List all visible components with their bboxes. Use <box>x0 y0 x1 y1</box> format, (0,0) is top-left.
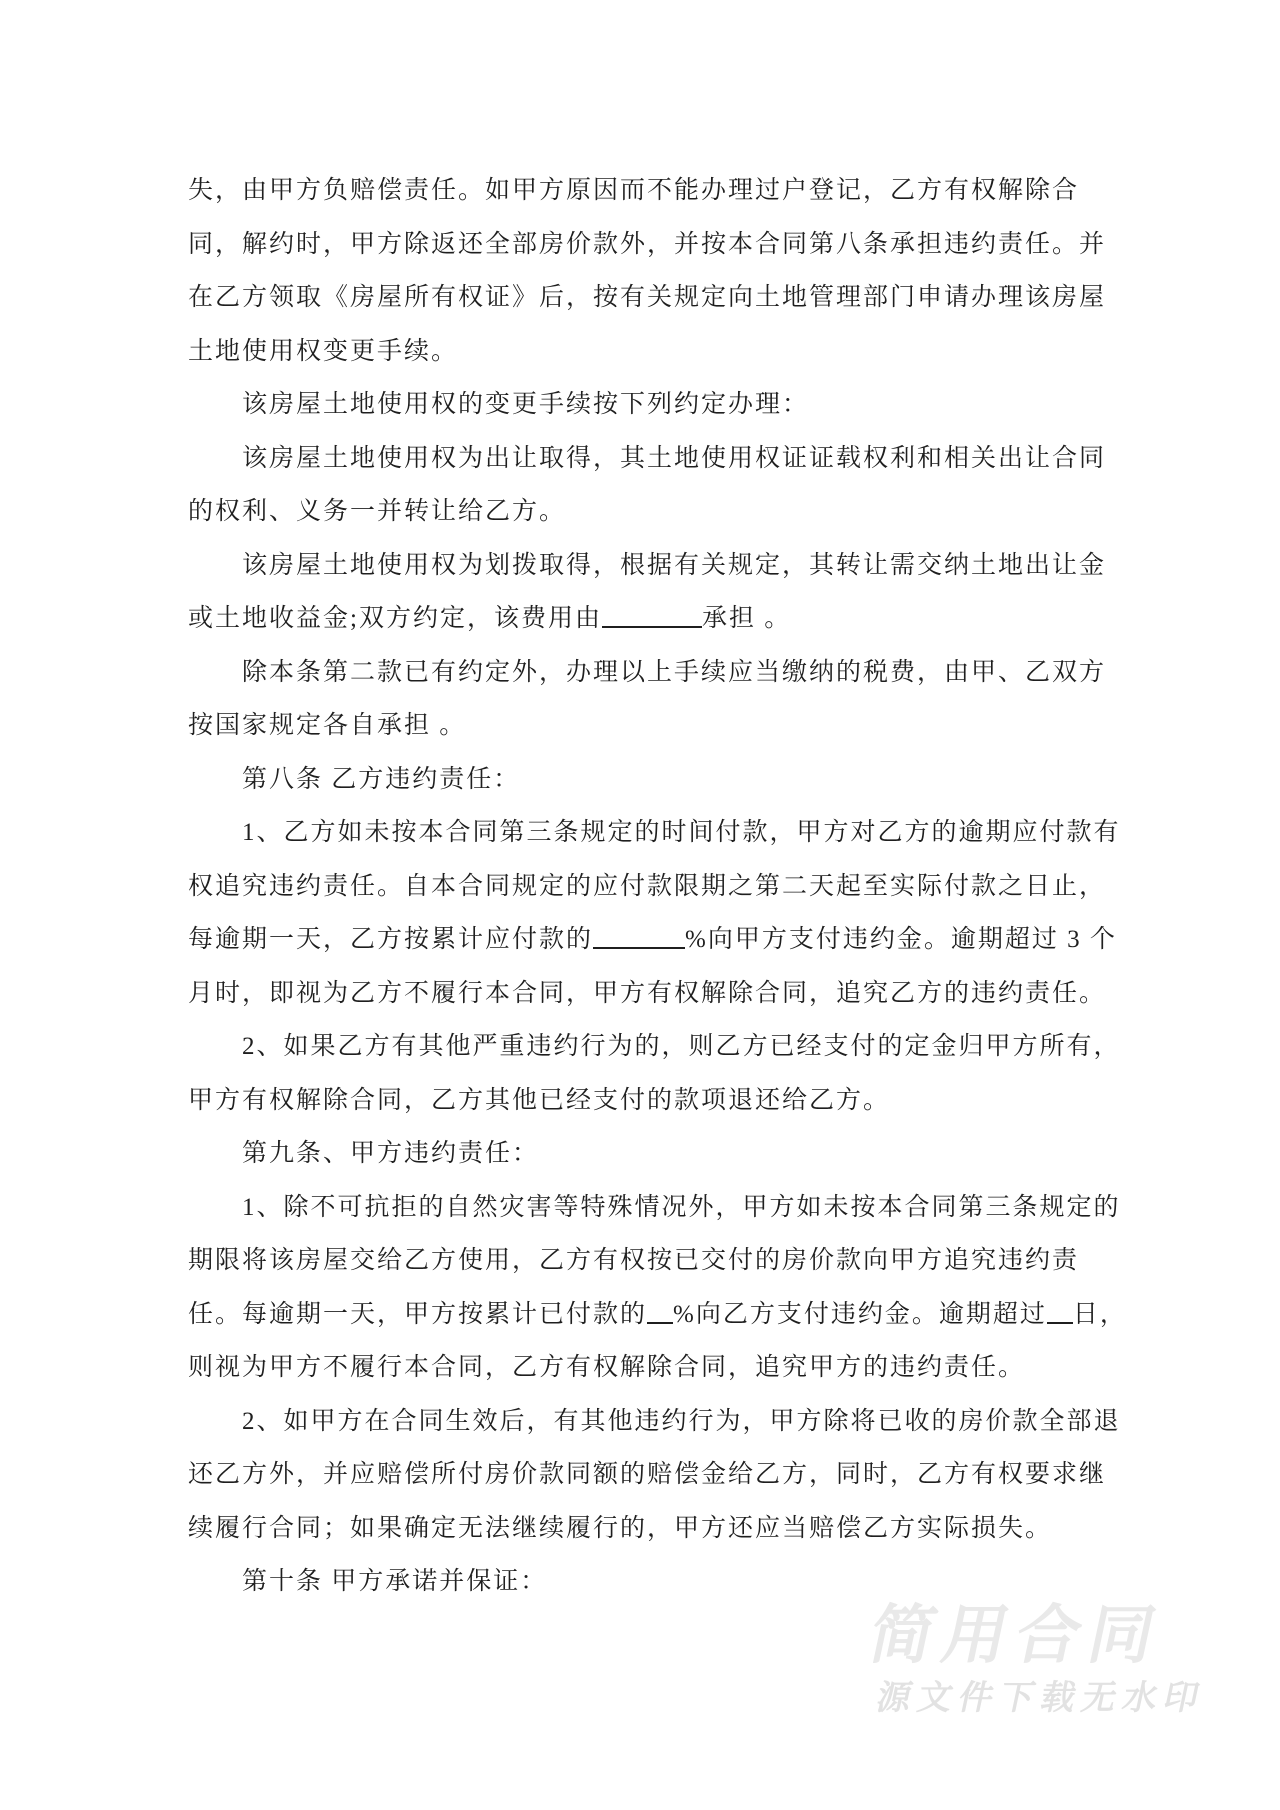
text-run: 则视为甲方不履行本合同，乙方有权解除合同，追究甲方的违约责任。 <box>188 1354 1025 1381</box>
document-body: 失，由甲方负赔偿责任。如甲方原因而不能办理过户登记，乙方有权解除合同，解约时，甲… <box>188 164 1148 1609</box>
text-run: 续履行合同；如果确定无法继续履行的，甲方还应当赔偿乙方实际损失。 <box>188 1515 1052 1542</box>
document-line: 同，解约时，甲方除返还全部房价款外，并按本合同第八条承担违约责任。并 <box>188 218 1148 272</box>
text-run: 在乙方领取《房屋所有权证》后，按有关规定向土地管理部门申请办理该房屋 <box>188 284 1106 311</box>
document-line: 则视为甲方不履行本合同，乙方有权解除合同，追究甲方的违约责任。 <box>188 1341 1148 1395</box>
text-run: 承担 。 <box>702 605 791 632</box>
text-run: 1、除不可抗拒的自然灾害等特殊情况外，甲方如未按本合同第三条规定的 <box>242 1194 1121 1221</box>
document-line: 权追究违约责任。自本合同规定的应付款限期之第二天起至实际付款之日止， <box>188 860 1148 914</box>
text-run: 失，由甲方负赔偿责任。如甲方原因而不能办理过户登记，乙方有权解除合 <box>188 177 1079 204</box>
blank-underline <box>602 606 702 628</box>
document-line: 甲方有权解除合同，乙方其他已经支付的款项退还给乙方。 <box>188 1074 1148 1128</box>
document-line: 失，由甲方负赔偿责任。如甲方原因而不能办理过户登记，乙方有权解除合 <box>188 164 1148 218</box>
text-run: 该房屋土地使用权的变更手续按下列约定办理： <box>242 391 809 418</box>
blank-underline <box>593 927 685 949</box>
document-line: 的权利、义务一并转让给乙方。 <box>188 485 1148 539</box>
text-run: 月时，即视为乙方不履行本合同，甲方有权解除合同，追究乙方的违约责任。 <box>188 980 1106 1007</box>
document-line: 除本条第二款已有约定外，办理以上手续应当缴纳的税费，由甲、乙双方 <box>188 646 1148 700</box>
document-line: 该房屋土地使用权为出让取得，其土地使用权证证载权利和相关出让合同 <box>188 432 1148 486</box>
text-run: 土地使用权变更手续。 <box>188 338 458 365</box>
text-run: 还乙方外，并应赔偿所付房价款同额的赔偿金给乙方，同时，乙方有权要求继 <box>188 1461 1106 1488</box>
contract-page: 失，由甲方负赔偿责任。如甲方原因而不能办理过户登记，乙方有权解除合同，解约时，甲… <box>0 0 1280 1810</box>
text-run: 1、乙方如未按本合同第三条规定的时间付款，甲方对乙方的逾期应付款有 <box>242 819 1121 846</box>
text-run: 除本条第二款已有约定外，办理以上手续应当缴纳的税费，由甲、乙双方 <box>242 659 1106 686</box>
text-run: 按国家规定各自承担 。 <box>188 712 466 739</box>
text-run: 同，解约时，甲方除返还全部房价款外，并按本合同第八条承担违约责任。并 <box>188 231 1106 258</box>
text-run: 任。每逾期一天，甲方按累计已付款的 <box>188 1301 647 1328</box>
document-line: 在乙方领取《房屋所有权证》后，按有关规定向土地管理部门申请办理该房屋 <box>188 271 1148 325</box>
document-line: 第九条、甲方违约责任： <box>188 1127 1148 1181</box>
text-run: 或土地收益金;双方约定，该费用由 <box>188 605 602 632</box>
text-run: 每逾期一天，乙方按累计应付款的 <box>188 926 593 953</box>
text-run: %向乙方支付违约金。逾期超过 <box>673 1301 1047 1328</box>
text-run: 权追究违约责任。自本合同规定的应付款限期之第二天起至实际付款之日止， <box>188 873 1106 900</box>
text-run: 期限将该房屋交给乙方使用，乙方有权按已交付的房价款向甲方追究违约责 <box>188 1247 1079 1274</box>
document-line: 每逾期一天，乙方按累计应付款的%向甲方支付违约金。逾期超过 3 个 <box>188 913 1148 967</box>
document-line: 任。每逾期一天，甲方按累计已付款的%向乙方支付违约金。逾期超过日， <box>188 1288 1148 1342</box>
blank-underline <box>647 1302 673 1324</box>
text-run: 2、如甲方在合同生效后，有其他违约行为，甲方除将已收的房价款全部退 <box>242 1408 1121 1435</box>
text-run: 第十条 甲方承诺并保证： <box>242 1568 547 1595</box>
document-line: 还乙方外，并应赔偿所付房价款同额的赔偿金给乙方，同时，乙方有权要求继 <box>188 1448 1148 1502</box>
watermark-tagline: 源文件下载无水印 <box>873 1670 1211 1719</box>
text-run: 日， <box>1073 1301 1127 1328</box>
text-run: 该房屋土地使用权为划拨取得，根据有关规定，其转让需交纳土地出让金 <box>242 552 1106 579</box>
document-line: 该房屋土地使用权的变更手续按下列约定办理： <box>188 378 1148 432</box>
text-run: 该房屋土地使用权为出让取得，其土地使用权证证载权利和相关出让合同 <box>242 445 1106 472</box>
document-line: 1、除不可抗拒的自然灾害等特殊情况外，甲方如未按本合同第三条规定的 <box>188 1181 1148 1235</box>
text-run: 第九条、甲方违约责任： <box>242 1140 539 1167</box>
document-line: 1、乙方如未按本合同第三条规定的时间付款，甲方对乙方的逾期应付款有 <box>188 806 1148 860</box>
text-run: 的权利、义务一并转让给乙方。 <box>188 498 566 525</box>
text-run: 甲方有权解除合同，乙方其他已经支付的款项退还给乙方。 <box>188 1087 890 1114</box>
document-line: 2、如甲方在合同生效后，有其他违约行为，甲方除将已收的房价款全部退 <box>188 1395 1148 1449</box>
text-run: %向甲方支付违约金。逾期超过 3 个 <box>685 926 1117 953</box>
text-run: 2、如果乙方有其他严重违约行为的，则乙方已经支付的定金归甲方所有， <box>242 1033 1121 1060</box>
document-line: 2、如果乙方有其他严重违约行为的，则乙方已经支付的定金归甲方所有， <box>188 1020 1148 1074</box>
blank-underline <box>1047 1302 1073 1324</box>
document-line: 第八条 乙方违约责任： <box>188 753 1148 807</box>
text-run: 第八条 乙方违约责任： <box>242 766 520 793</box>
document-line: 月时，即视为乙方不履行本合同，甲方有权解除合同，追究乙方的违约责任。 <box>188 967 1148 1021</box>
watermark-logo: 简用合同 <box>862 1584 1174 1676</box>
document-line: 续履行合同；如果确定无法继续履行的，甲方还应当赔偿乙方实际损失。 <box>188 1502 1148 1556</box>
document-line: 或土地收益金;双方约定，该费用由承担 。 <box>188 592 1148 646</box>
document-line: 按国家规定各自承担 。 <box>188 699 1148 753</box>
document-line: 土地使用权变更手续。 <box>188 325 1148 379</box>
document-line: 期限将该房屋交给乙方使用，乙方有权按已交付的房价款向甲方追究违约责 <box>188 1234 1148 1288</box>
document-line: 该房屋土地使用权为划拨取得，根据有关规定，其转让需交纳土地出让金 <box>188 539 1148 593</box>
